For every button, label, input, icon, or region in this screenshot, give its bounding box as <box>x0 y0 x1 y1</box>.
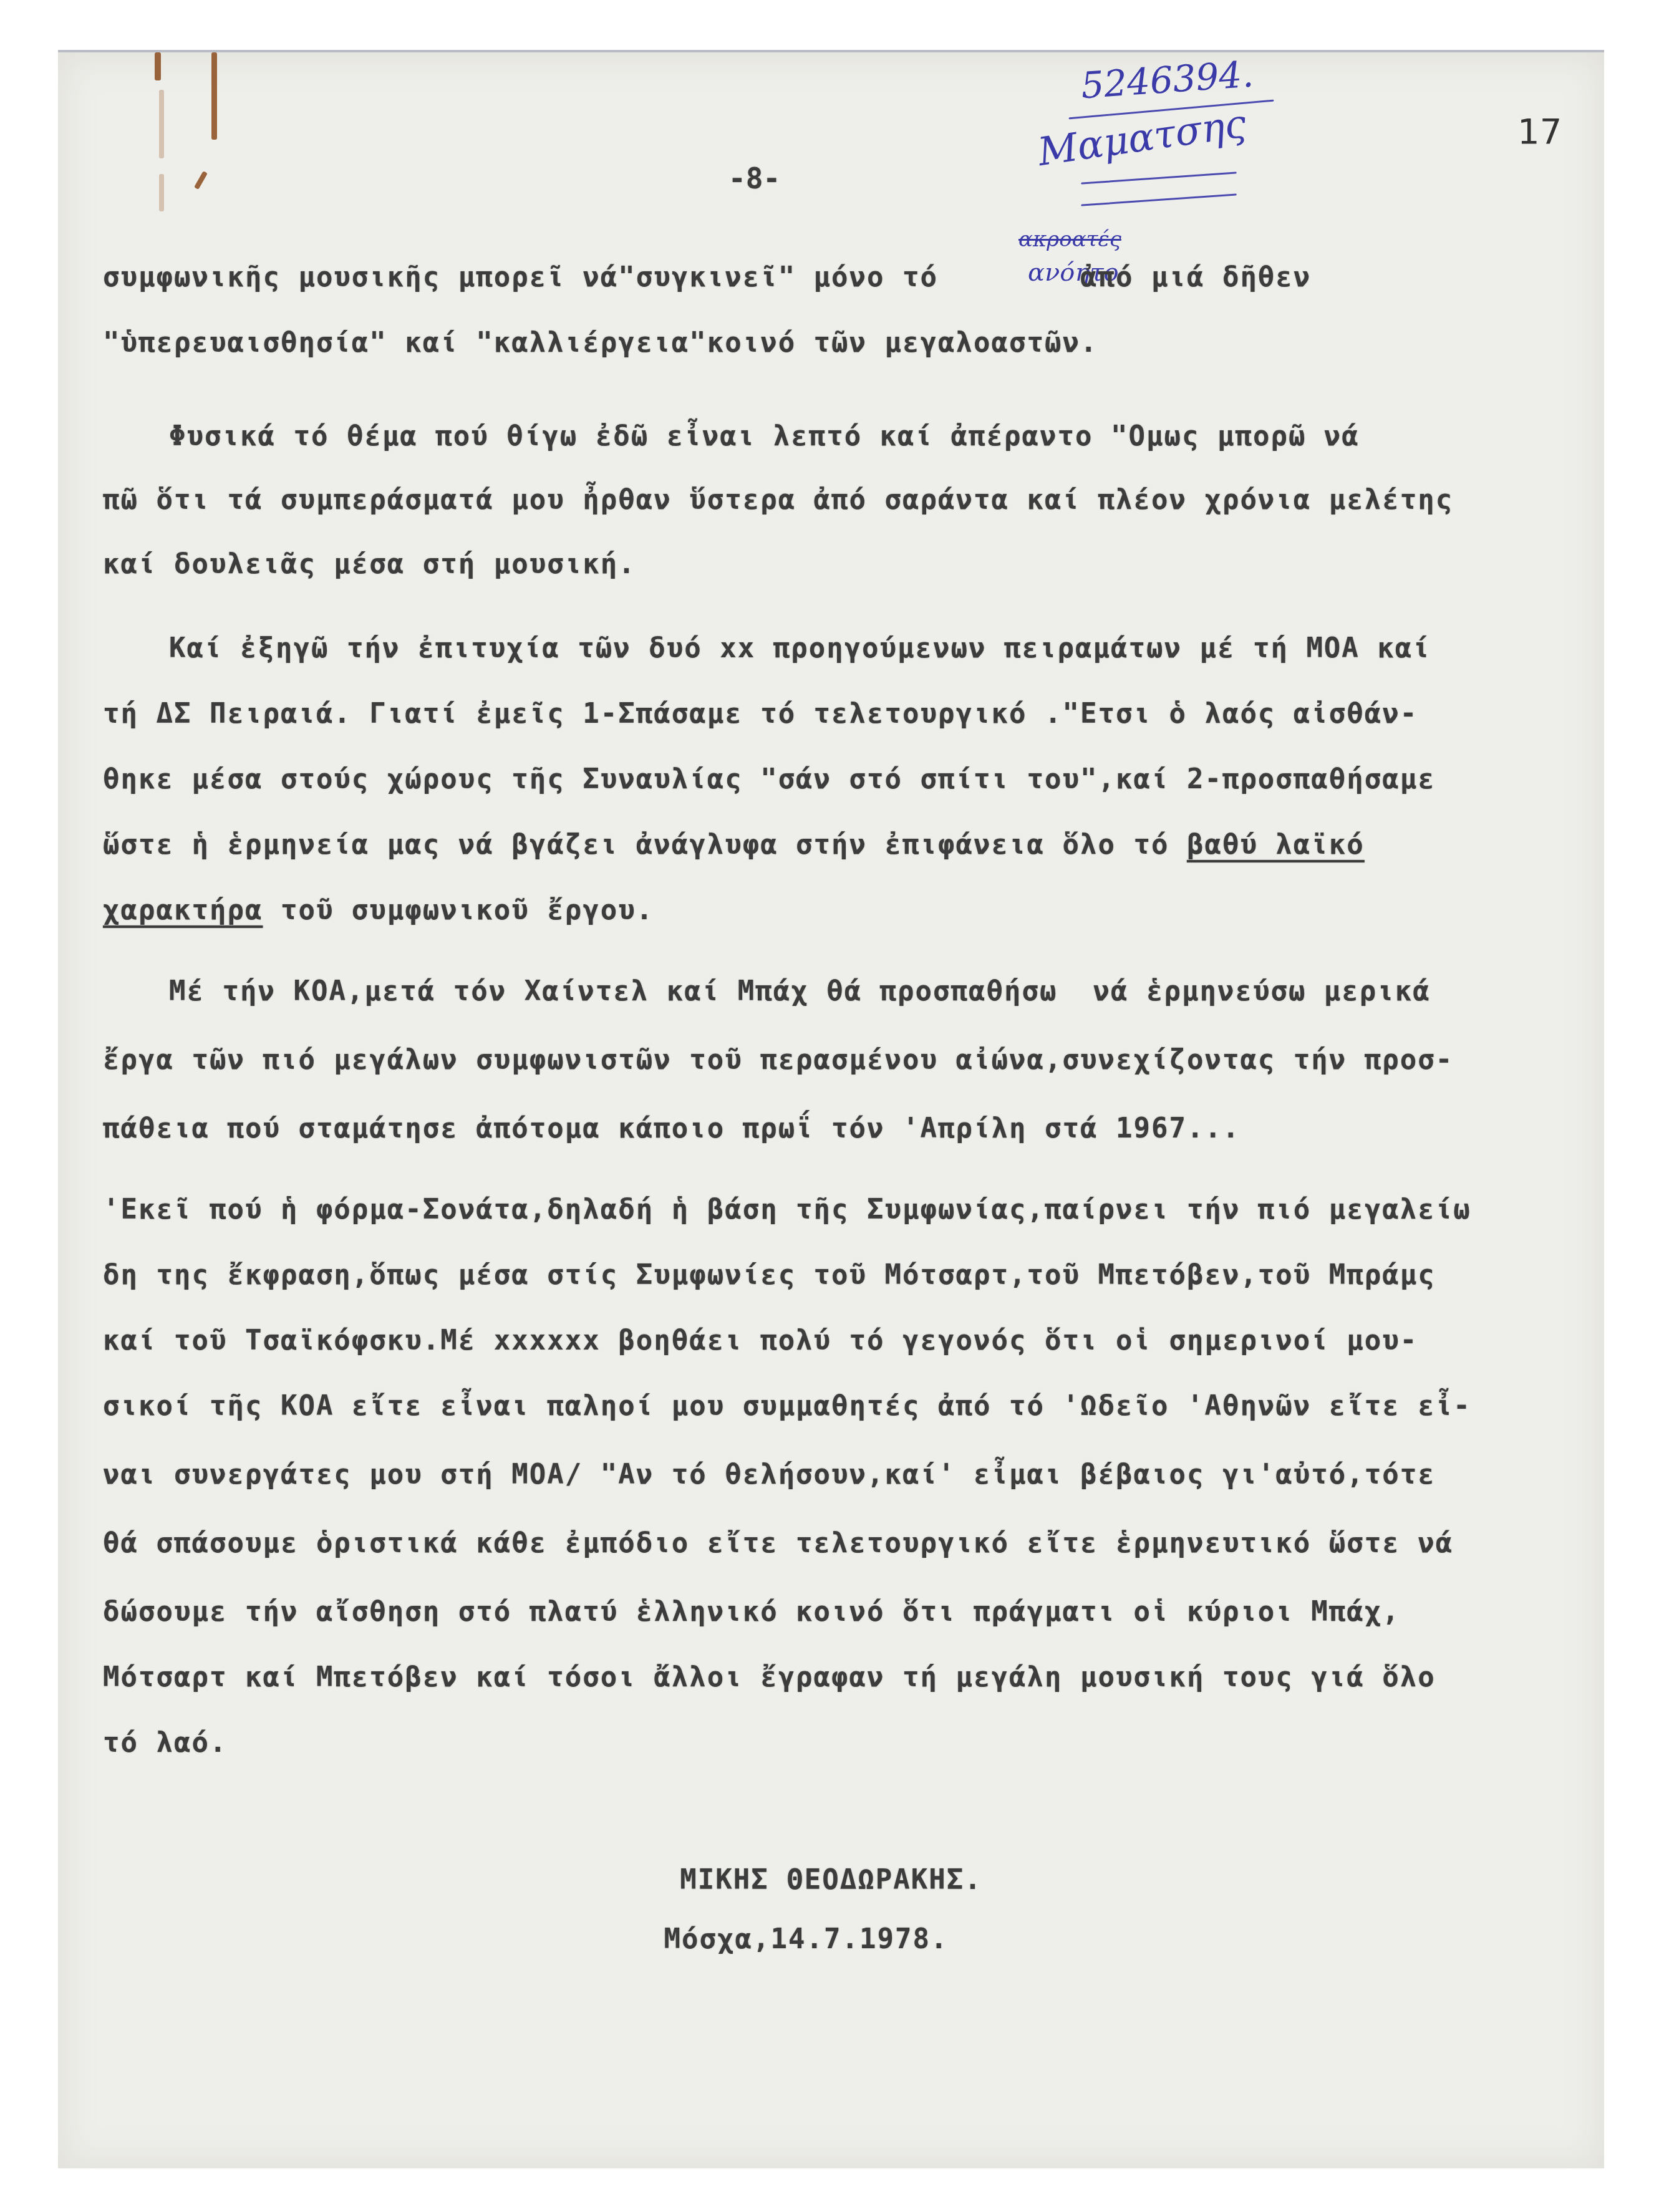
struck-word: ακροατές <box>1018 227 1121 252</box>
handwritten-underline <box>1081 171 1237 184</box>
body-line: καί τοῦ Τσαϊκόφσκυ.Μέ xxxxxx βοηθάει πολ… <box>103 1325 1418 1356</box>
staple-rust-mark <box>194 171 208 190</box>
body-line: ναι συνεργάτες μου στή ΜΟΑ/ "Αν τό θελήσ… <box>103 1459 1436 1490</box>
page-label: -8- <box>728 162 780 195</box>
body-line: δώσουμε τήν αἴσθηση στό πλατύ ἑλληνικό κ… <box>103 1596 1400 1628</box>
staple-rust-mark <box>155 52 161 80</box>
body-line: Μέ τήν ΚΟΑ,μετά τόν Χαίντελ καί Μπάχ θά … <box>169 975 1431 1007</box>
body-line: καί δουλειᾶς μέσα στή μουσική. <box>103 548 636 580</box>
signature-place-date: Μόσχα,14.7.1978. <box>33 1923 1579 1955</box>
body-line: θηκε μέσα στούς χώρους τῆς Συναυλίας "σά… <box>103 763 1436 795</box>
body-line: σικοί τῆς ΚΟΑ εἴτε εἶναι παληοί μου συμμ… <box>103 1390 1471 1422</box>
handwritten-underline <box>1081 193 1237 206</box>
body-line: χαρακτήρα τοῦ συμφωνικοῦ ἔργου. <box>103 894 654 926</box>
body-line: πάθεια πού σταμάτησε ἀπότομα κάποιο πρωΐ… <box>103 1113 1240 1144</box>
underlined-phrase: βαθύ λαϊκό <box>1187 829 1365 861</box>
body-line-text: ὥστε ἡ ἑρμηνεία μας νά βγάζει ἀνάγλυφα σ… <box>103 829 1187 861</box>
signature-name: ΜΙΚΗΣ ΘΕΟΔΩΡΑΚΗΣ. <box>58 1864 1604 1896</box>
underlined-phrase: χαρακτήρα <box>103 894 263 926</box>
body-line: Καί ἐξηγῶ τήν ἐπιτυχία τῶν δυό xx προηγο… <box>169 632 1431 664</box>
staple-rust-mark <box>159 174 164 211</box>
body-line: τή ΔΣ Πειραιά. Γιατί ἐμεῖς 1-Σπάσαμε τό … <box>103 698 1418 730</box>
body-line: ἔργα τῶν πιό μεγάλων συμφωνιστῶν τοῦ περ… <box>103 1044 1453 1076</box>
body-line: Φυσικά τό θέμα πού θίγω ἐδῶ εἶναι λεπτό … <box>169 420 1360 452</box>
body-line: δη της ἔκφραση,ὅπως μέσα στίς Συμφωνίες … <box>103 1259 1436 1291</box>
staple-rust-mark <box>159 90 164 158</box>
body-line: θά σπάσουμε ὁριστικά κάθε ἐμπόδιο εἴτε τ… <box>103 1527 1453 1559</box>
body-line: Μότσαρτ καί Μπετόβεν καί τόσοι ἄλλοι ἔγρ… <box>103 1661 1436 1693</box>
handwritten-folio-number: 17 <box>1517 112 1562 152</box>
document-page: -8- 5246394. Μαματσης 17 ακροατές ανόητο… <box>58 50 1604 2168</box>
body-line: πῶ ὅτι τά συμπεράσματά μου ἦρθαν ὕστερα … <box>103 484 1453 516</box>
body-line-text: τοῦ συμφωνικοῦ ἔργου. <box>263 894 654 926</box>
body-line: συμφωνικῆς μουσικῆς μπορεῖ νά"συγκινεῖ" … <box>103 261 1311 293</box>
handwritten-archive-number: 5246394. <box>1080 52 1255 107</box>
body-line: "ὑπερευαισθησία" καί "καλλιέργεια"κοινό … <box>103 327 1098 359</box>
body-line: τό λαό. <box>103 1727 227 1759</box>
staple-rust-mark <box>211 52 217 140</box>
body-line: ὥστε ἡ ἑρμηνεία μας νά βγάζει ἀνάγλυφα σ… <box>103 829 1365 861</box>
body-line: 'Εκεῖ πού ἡ φόρμα-Σονάτα,δηλαδή ἡ βάση τ… <box>103 1194 1471 1225</box>
